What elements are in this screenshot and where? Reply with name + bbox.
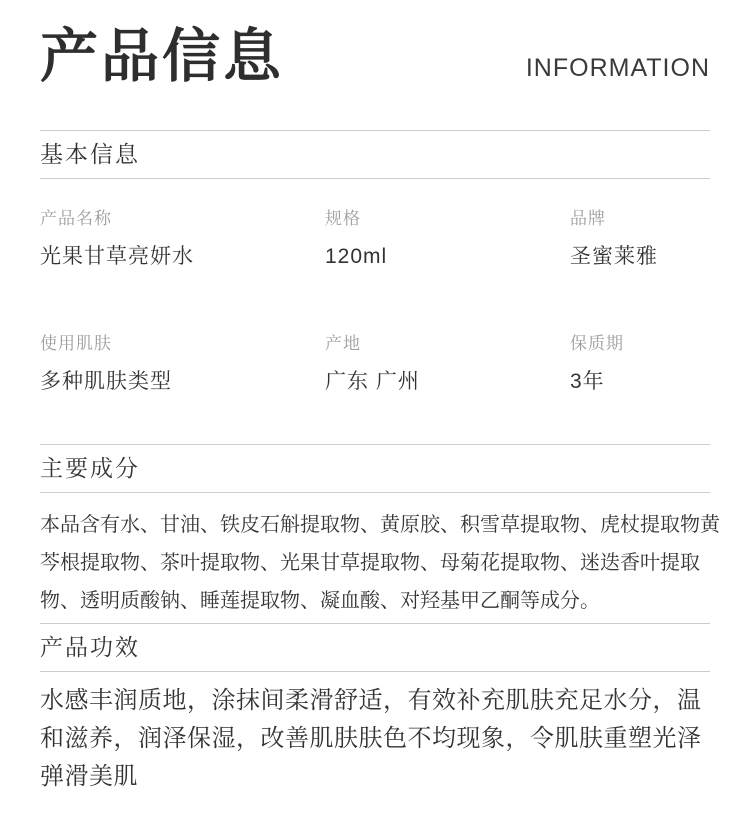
field-value: 多种肌肤类型 [40, 369, 325, 395]
field-label: 使用肌肤 [40, 334, 325, 354]
field-label: 产品名称 [40, 209, 325, 229]
field-origin: 产地 广东 广州 [325, 334, 570, 395]
section-heading-effects: 产品功效 [40, 623, 710, 672]
field-value: 光果甘草亮妍水 [40, 244, 325, 270]
header: 产品信息 INFORMATION [40, 0, 710, 96]
product-info-panel: 产品信息 INFORMATION 基本信息 产品名称 光果甘草亮妍水 规格 12… [0, 0, 750, 824]
section-heading-basic-info: 基本信息 [40, 130, 710, 179]
field-shelf-life: 保质期 3年 [570, 334, 710, 395]
field-value: 广东 广州 [325, 369, 570, 395]
field-value: 120ml [325, 244, 570, 270]
effects-text: 水感丰润质地，涂抹间柔滑舒适，有效补充肌肤充足水分，温和滋养，润泽保湿，改善肌肤… [40, 682, 722, 796]
field-brand: 品牌 圣蜜莱雅 [570, 209, 710, 270]
field-value: 3年 [570, 369, 710, 395]
field-label: 规格 [325, 209, 570, 229]
field-value: 圣蜜莱雅 [570, 244, 710, 270]
field-label: 保质期 [570, 334, 710, 354]
page-title: 产品信息 [40, 18, 284, 96]
field-product-name: 产品名称 光果甘草亮妍水 [40, 209, 325, 270]
basic-info-grid: 产品名称 光果甘草亮妍水 规格 120ml 品牌 圣蜜莱雅 使用肌肤 多种肌肤类… [40, 209, 710, 395]
ingredients-text: 本品含有水、甘油、铁皮石斛提取物、黄原胶、积雪草提取物、虎杖提取物黄芩根提取物、… [40, 506, 722, 620]
field-skin-type: 使用肌肤 多种肌肤类型 [40, 334, 325, 395]
page-subtitle: INFORMATION [526, 54, 710, 83]
field-label: 品牌 [570, 209, 710, 229]
field-label: 产地 [325, 334, 570, 354]
field-specification: 规格 120ml [325, 209, 570, 270]
section-heading-ingredients: 主要成分 [40, 444, 710, 493]
